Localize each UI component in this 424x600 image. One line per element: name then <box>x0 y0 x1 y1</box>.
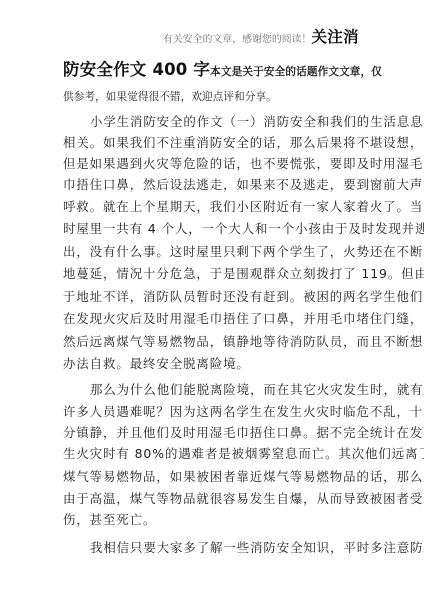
paragraph-2-line-2: 许多人员遇难呢？因为这两名学生在发生火灾时临危不乱，十 <box>63 404 423 420</box>
paragraph-2-line-4: 生火灾时有 80%的遇难者是被烟雾窒息而亡。其次他们远离了 <box>63 446 424 462</box>
header-line-2: 防安全作文 400 字本文是关于安全的话题作文文章，仅 <box>63 59 382 81</box>
paragraph-1-line-6: 时屋里一共有 4 个人，一个大人和一个小孩由于及时发现并逃 <box>63 221 424 237</box>
title-part-1: 关注消 <box>311 28 358 46</box>
paragraph-1-line-8: 地蔓延，情况十分危急，于是围观群众立刻拨打了 119。但由 <box>63 266 424 282</box>
paragraph-1-line-11: 然后远离煤气等易燃物品，镇静地等待消防队员，而且不断想 <box>63 334 423 350</box>
thanks-text: 有关安全的文章，感谢您的阅读！ <box>163 34 311 45</box>
paragraph-1-line-4: 巾捂住口鼻，然后设法逃走，如果来不及逃走，要到窗前大声 <box>63 177 423 193</box>
title-part-2: 防安全作文 400 字 <box>63 60 210 79</box>
paragraph-1-line-5: 呼救。就在上个星期天，我们小区附近有一家人家着火了。当 <box>63 199 423 215</box>
paragraph-1-line-7: 出，没有什么事。这时屋里只剩下两个学生了，火势还在不断 <box>63 244 423 260</box>
paragraph-2-line-6: 由于高温，煤气等物品就很容易发生自爆，从而导致被困者受 <box>63 491 423 507</box>
document-page: 有关安全的文章，感谢您的阅读！关注消 防安全作文 400 字本文是关于安全的话题… <box>0 0 424 600</box>
paragraph-2-line-3: 分镇静，并且他们及时用湿毛巾捂住口鼻。据不完全统计在发 <box>63 425 423 441</box>
intro-text: 本文是关于安全的话题作文文章，仅 <box>210 66 382 78</box>
header-line-1: 有关安全的文章，感谢您的阅读！关注消 <box>163 27 359 47</box>
paragraph-3-line-1: 我相信只要大家多了解一些消防安全知识，平时多注意防 <box>63 540 424 556</box>
paragraph-1-line-2: 相关。如果我们不注重消防安全的话，那么后果将不堪设想， <box>63 135 423 151</box>
paragraph-2-line-1: 那么为什么他们能脱离险境，而在其它火灾发生时，就有 <box>63 382 424 398</box>
paragraph-1-line-12: 办法自救。最终安全脱离险境。 <box>63 356 250 372</box>
paragraph-2-line-7: 伤，甚至死亡。 <box>63 512 156 528</box>
paragraph-1-line-10: 在发现火灾后及时用湿毛巾捂住了口鼻，并用毛巾堵住门缝， <box>63 311 423 327</box>
paragraph-1-line-9: 于地址不详，消防队员暂时还没有赶到。被困的两名学生他们 <box>63 289 423 305</box>
paragraph-2-line-5: 煤气等易燃物品，如果被困者靠近煤气等易燃物品的话，那么 <box>63 469 423 485</box>
paragraph-1-line-3: 但是如果遇到火灾等危险的话，也不要慌张，要即及时用湿毛 <box>63 156 423 172</box>
paragraph-1-line-1: 小学生消防安全的作文（一）消防安全和我们的生活息息 <box>63 114 424 130</box>
header-line-3: 供参考，如果觉得很不错，欢迎点评和分享。 <box>63 89 277 105</box>
